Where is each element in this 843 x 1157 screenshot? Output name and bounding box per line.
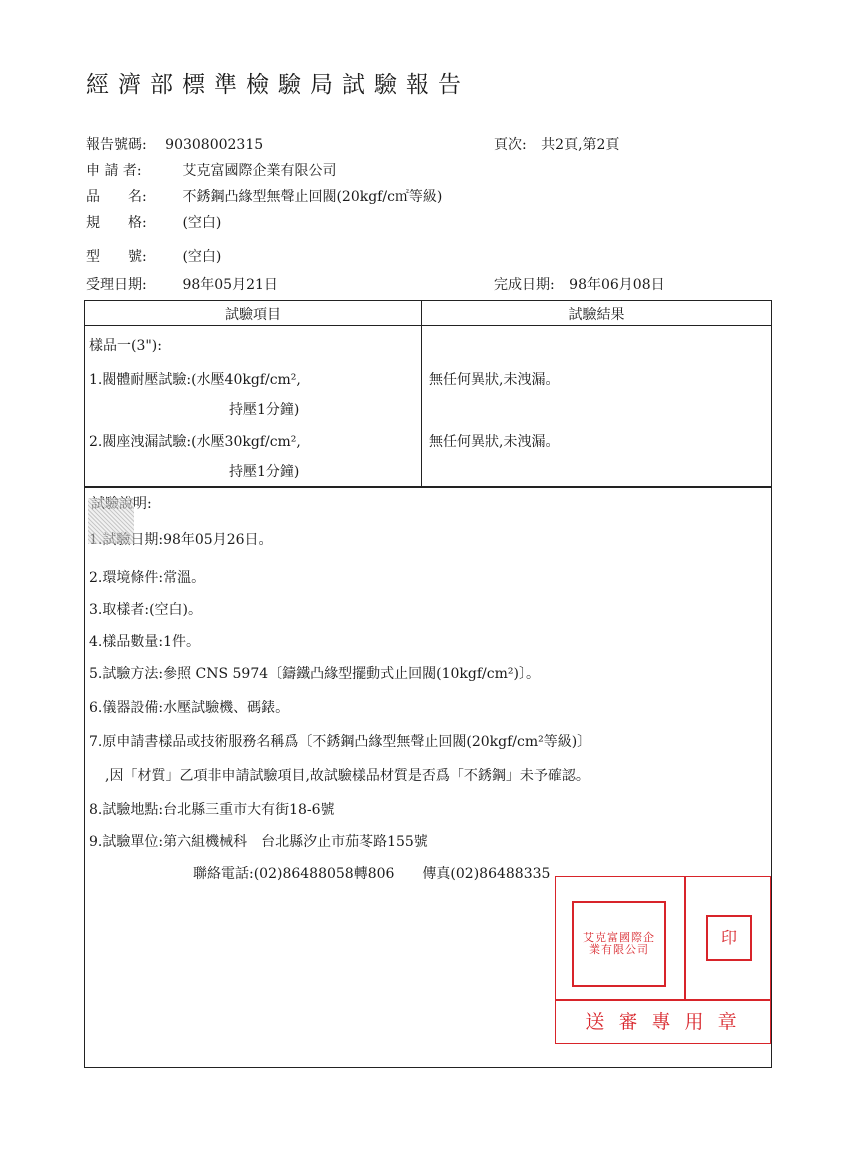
column-header-test-item: 試驗項目 (85, 304, 421, 324)
model-value: (空白) (182, 249, 221, 265)
completed-date-label: 完成日期: (494, 277, 555, 293)
contact-info: 聯絡電話:(02)86488058轉806 傳真(02)86488335 (193, 863, 550, 883)
spec-row: 規 格: (空白) (86, 212, 221, 232)
company-seal-small-text: 印 (721, 932, 737, 944)
product-row: 品 名: 不銹鋼凸緣型無聲止回閥(20kgf/c㎡等級) (86, 186, 442, 206)
note-item-9: 9.試驗單位:第六組機械科 台北縣汐止市茄苳路155號 (89, 831, 428, 851)
test-item-1-line2: 持壓1分鐘) (229, 399, 299, 419)
completed-date-row: 完成日期: 98年06月08日 (494, 274, 665, 294)
report-number-label: 報告號碼: (86, 137, 147, 153)
received-date: 98年05月21日 (182, 277, 277, 293)
model-label: 型 號: (86, 246, 178, 266)
product-label: 品 名: (86, 186, 178, 206)
received-date-label: 受理日期: (86, 274, 178, 294)
page-label: 頁次: (494, 137, 527, 153)
received-date-row: 受理日期: 98年05月21日 (86, 274, 278, 294)
spec-label: 規 格: (86, 212, 178, 232)
test-item-2-line1: 2.閥座洩漏試驗:(水壓30kgf/cm², (89, 431, 301, 451)
report-number: 90308002315 (165, 137, 263, 153)
document-title: 經濟部標準檢驗局試驗報告 (86, 66, 470, 99)
sample-label: 樣品一(3"): (89, 335, 162, 355)
column-header-test-result: 試驗結果 (422, 304, 771, 324)
note-item-7-continued: ,因「材質」乙項非申請試驗項目,故試驗樣品材質是否爲「不銹鋼」未予確認。 (105, 765, 590, 785)
note-item-7: 7.原申請書樣品或技術服務名稱爲〔不銹鋼凸緣型無聲止回閥(20kgf/cm²等級… (89, 731, 591, 751)
stamp-vertical-divider (684, 877, 686, 999)
note-item-4: 4.樣品數量:1件。 (89, 631, 200, 651)
spec-value: (空白) (182, 215, 221, 231)
note-item-6: 6.儀器設備:水壓試驗機、碼錶。 (89, 697, 289, 717)
test-item-1-line1: 1.閥體耐壓試驗:(水壓40kgf/cm², (89, 369, 301, 389)
page-indicator: 頁次: 共2頁,第2頁 (494, 134, 619, 154)
completed-date: 98年06月08日 (569, 277, 664, 293)
applicant-row: 申 請 者: 艾克富國際企業有限公司 (86, 160, 336, 180)
company-seal-small: 印 (706, 915, 752, 961)
company-seal-large: 艾克富國際企業有限公司 (572, 901, 666, 987)
table-header-divider (85, 325, 771, 326)
test-result-2: 無任何異狀,未洩漏。 (429, 431, 559, 451)
note-item-5: 5.試驗方法:參照 CNS 5974〔鑄鐵凸緣型擺動式止回閥(10kgf/cm²… (89, 663, 540, 683)
page-value: 共2頁,第2頁 (541, 137, 619, 153)
note-item-3: 3.取樣者:(空白)。 (89, 599, 202, 619)
note-item-2: 2.環境條件:常溫。 (89, 567, 205, 587)
applicant-label: 申 請 者: (86, 160, 178, 180)
stamp-horizontal-divider (556, 999, 770, 1001)
report-number-row: 報告號碼: 90308002315 (86, 134, 263, 154)
model-row: 型 號: (空白) (86, 246, 221, 266)
results-table: 試驗項目 試驗結果 樣品一(3"): 1.閥體耐壓試驗:(水壓40kgf/cm²… (84, 300, 772, 488)
test-item-2-line2: 持壓1分鐘) (229, 461, 299, 481)
stamp-label: 送 審 專 用 章 (556, 1007, 770, 1034)
note-item-8: 8.試驗地點:台北縣三重市大有街18-6號 (89, 799, 335, 819)
faint-stamp-mark (88, 498, 134, 544)
review-stamp-box: 艾克富國際企業有限公司 印 送 審 專 用 章 (555, 876, 771, 1044)
product-name: 不銹鋼凸緣型無聲止回閥(20kgf/c㎡等級) (182, 189, 442, 205)
company-seal-text: 艾克富國際企業有限公司 (583, 932, 655, 956)
table-column-divider (421, 301, 422, 487)
applicant-name: 艾克富國際企業有限公司 (182, 163, 336, 179)
test-result-1: 無任何異狀,未洩漏。 (429, 369, 559, 389)
